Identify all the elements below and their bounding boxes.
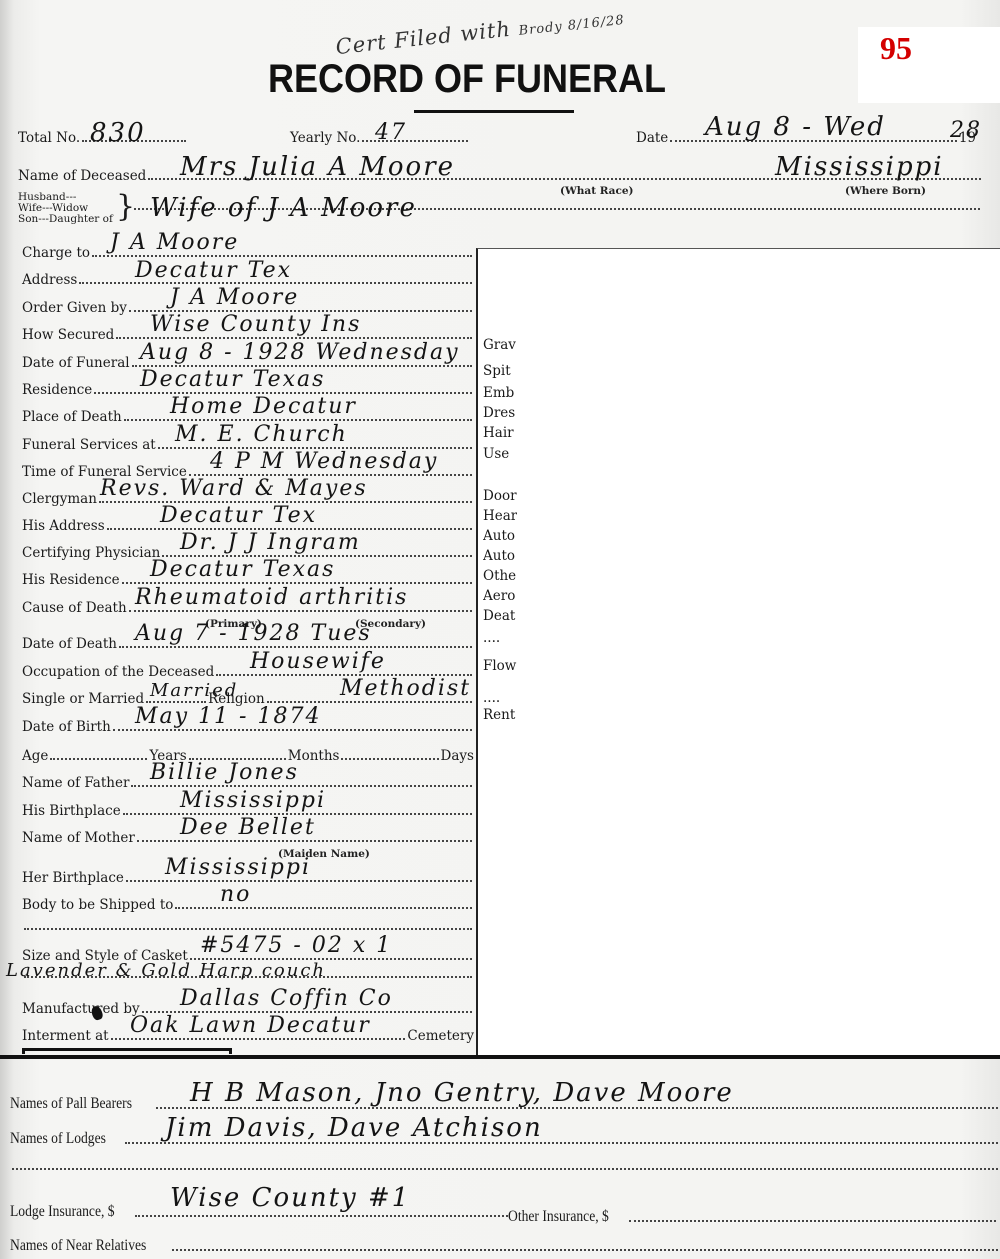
field-near-relatives: Names of Near Relatives (10, 1237, 1000, 1255)
relation-label-line: Son---Daughter of (18, 214, 113, 225)
name-of-father-value: Billie Jones (150, 760, 299, 785)
dotted-line (129, 610, 472, 612)
field-label: Yearly No. (290, 130, 360, 146)
dotted-line (122, 582, 472, 584)
time-of-funeral-service-value: 4 P M Wednesday (210, 449, 438, 474)
right-panel-label: Door (483, 488, 517, 504)
field-label: Order Given by (22, 300, 127, 316)
field-label: Clergyman (22, 491, 97, 507)
his-birthplace-value: Mississippi (180, 788, 326, 813)
dotted-line (131, 785, 472, 787)
age-days-label: Days (441, 748, 474, 764)
field-label: Manufactured by (22, 1001, 140, 1017)
field-label: Residence (22, 382, 92, 398)
where-born-value: Mississippi (775, 152, 944, 182)
yearly-no-value: 47 (375, 120, 407, 145)
field-label: Charge to (22, 245, 90, 261)
address-value: Decatur Tex (135, 258, 292, 283)
field-label: Date of Birth (22, 719, 111, 735)
right-panel-label: Auto (483, 528, 517, 544)
page-number: 95 (880, 30, 912, 67)
brace-glyph: } (116, 192, 135, 222)
his-address-value: Decatur Tex (160, 503, 317, 528)
dotted-line (126, 880, 472, 882)
field-other-insurance: Other Insurance, $ (508, 1208, 998, 1226)
field-label: Name of Mother (22, 830, 135, 846)
field-label: Names of Pall Bearers (10, 1095, 132, 1113)
field-label: Names of Near Relatives (10, 1237, 146, 1255)
dotted-line (119, 646, 472, 648)
place-of-death-value: Home Decatur (170, 394, 357, 419)
right-panel-label: Auto (483, 548, 517, 564)
order-given-by-value: J A Moore (170, 285, 299, 310)
deceased-name-value: Mrs Julia A Moore (180, 152, 455, 182)
dotted-line (50, 758, 147, 760)
field-label: Lodge Insurance, $ (10, 1203, 115, 1221)
dotted-line (92, 255, 472, 257)
how-secured-value: Wise County Ins (150, 312, 361, 337)
her-birthplace-value: Mississippi (165, 855, 311, 880)
dotted-line (135, 1215, 508, 1217)
residence-value: Decatur Texas (140, 367, 325, 392)
his-residence-value: Decatur Texas (150, 557, 335, 582)
right-panel-label: .... (483, 690, 517, 706)
right-panel-label: Grav (483, 337, 517, 353)
cause-of-death-value: Rheumatoid arthritis (135, 585, 408, 610)
dotted-line (172, 1249, 998, 1251)
date-value: Aug 8 - Wed (705, 112, 886, 142)
filing-annotation: Cert Filed with Brody 8/16/28 (335, 5, 626, 59)
page-title: RECORD OF FUNERAL (268, 57, 666, 102)
right-panel-label: Emb (483, 385, 517, 401)
right-panel-label: Use (483, 446, 517, 462)
cemetery-suffix: Cemetery (407, 1028, 474, 1044)
what-race-label: (What Race) (560, 185, 634, 197)
dotted-line (24, 928, 472, 930)
lodges-value: Jim Davis, Dave Atchison (165, 1113, 543, 1143)
dotted-line (116, 337, 472, 339)
right-panel-label: Othe (483, 568, 517, 584)
charge-to-value: J A Moore (110, 230, 239, 255)
pall-bearers-value: H B Mason, Jno Gentry, Dave Moore (190, 1078, 734, 1108)
funeral-record-page: Cert Filed with Brody 8/16/28 95 RECORD … (0, 0, 1000, 1259)
casket-description-value: Lavender & Gold Harp couch (6, 960, 326, 981)
field-label: Certifying Physician (22, 545, 160, 561)
dotted-line (629, 1220, 996, 1222)
dotted-line (113, 729, 472, 731)
right-panel-label: Deat (483, 608, 517, 624)
field-label: Name of Deceased (18, 168, 146, 184)
relation-label: Husband--- Wife---Widow Son---Daughter o… (18, 192, 113, 225)
field-label: Cause of Death (22, 600, 127, 616)
lodge-insurance-value: Wise County #1 (170, 1183, 410, 1213)
date-of-funeral-value: Aug 8 - 1928 Wednesday (140, 340, 460, 365)
annotation-text: Cert Filed with (335, 17, 512, 59)
right-panel-label: Flow (483, 658, 517, 674)
field-label: His Residence (22, 572, 120, 588)
date-year-value: 28 (950, 118, 982, 143)
field-label: His Address (22, 518, 105, 534)
field-label: Single or Married (22, 691, 144, 707)
dotted-line (175, 907, 472, 909)
interment-at-value: Oak Lawn Decatur (130, 1013, 371, 1038)
title-underline (414, 110, 574, 113)
field-label: Interment at (22, 1028, 109, 1044)
single-or-married-value: Married (150, 680, 238, 701)
covered-right-panel (476, 248, 1000, 1058)
section-bracket (22, 1048, 232, 1054)
field-label: Address (22, 272, 77, 288)
date-of-birth-value: May 11 - 1874 (135, 704, 321, 729)
field-label: Body to be Shipped to (22, 897, 173, 913)
field-label: Occupation of the Deceased (22, 664, 214, 680)
name-of-mother-value: Dee Bellet (180, 815, 316, 840)
body-shipped-to-value: no (220, 882, 251, 907)
dotted-line (124, 419, 472, 421)
field-label: His Birthplace (22, 803, 121, 819)
funeral-services-at-value: M. E. Church (175, 422, 348, 447)
casket-value: #5475 - 02 x 1 (200, 933, 392, 958)
dotted-line (267, 701, 472, 703)
right-panel-label: Spit (483, 363, 517, 379)
right-panel-label: Dres (483, 405, 517, 421)
right-panel-label: Hair (483, 425, 517, 441)
right-panel-label: Rent (483, 707, 517, 723)
field-label: Total No. (18, 130, 80, 146)
section-divider (0, 1055, 1000, 1059)
field-label: Date (636, 130, 668, 146)
manufactured-by-value: Dallas Coffin Co (180, 986, 393, 1011)
dotted-line (341, 758, 438, 760)
religion-value: Methodist (340, 676, 471, 701)
field-label: Her Birthplace (22, 870, 124, 886)
date-of-death-value: Aug 7 - 1928 Tues (135, 621, 372, 646)
dotted-line (111, 1038, 406, 1040)
field-label: Place of Death (22, 409, 122, 425)
relation-value: Wife of J A Moore (150, 193, 417, 223)
annotation-date: Brody 8/16/28 (518, 13, 626, 39)
field-label: Date of Funeral (22, 355, 130, 371)
dotted-line (146, 701, 206, 703)
total-no-value: 830 (90, 118, 146, 148)
certifying-physician-value: Dr. J J Ingram (180, 530, 361, 555)
right-panel-label: .... (483, 630, 517, 646)
field-label: Date of Death (22, 636, 117, 652)
clergyman-value: Revs. Ward & Mayes (100, 476, 368, 501)
field-label: Funeral Services at (22, 437, 156, 453)
where-born-label: (Where Born) (845, 185, 926, 197)
field-label: Name of Father (22, 775, 129, 791)
occupation-value: Housewife (250, 649, 386, 674)
age-label: Age (22, 748, 48, 764)
field-label: Other Insurance, $ (508, 1208, 609, 1226)
blank-line (10, 1168, 1000, 1174)
right-panel-label: Aero (483, 588, 517, 604)
field-label: Names of Lodges (10, 1130, 106, 1148)
dotted-line (137, 840, 472, 842)
field-label: How Secured (22, 327, 114, 343)
dotted-line (12, 1168, 998, 1170)
right-panel-label: Hear (483, 508, 517, 524)
